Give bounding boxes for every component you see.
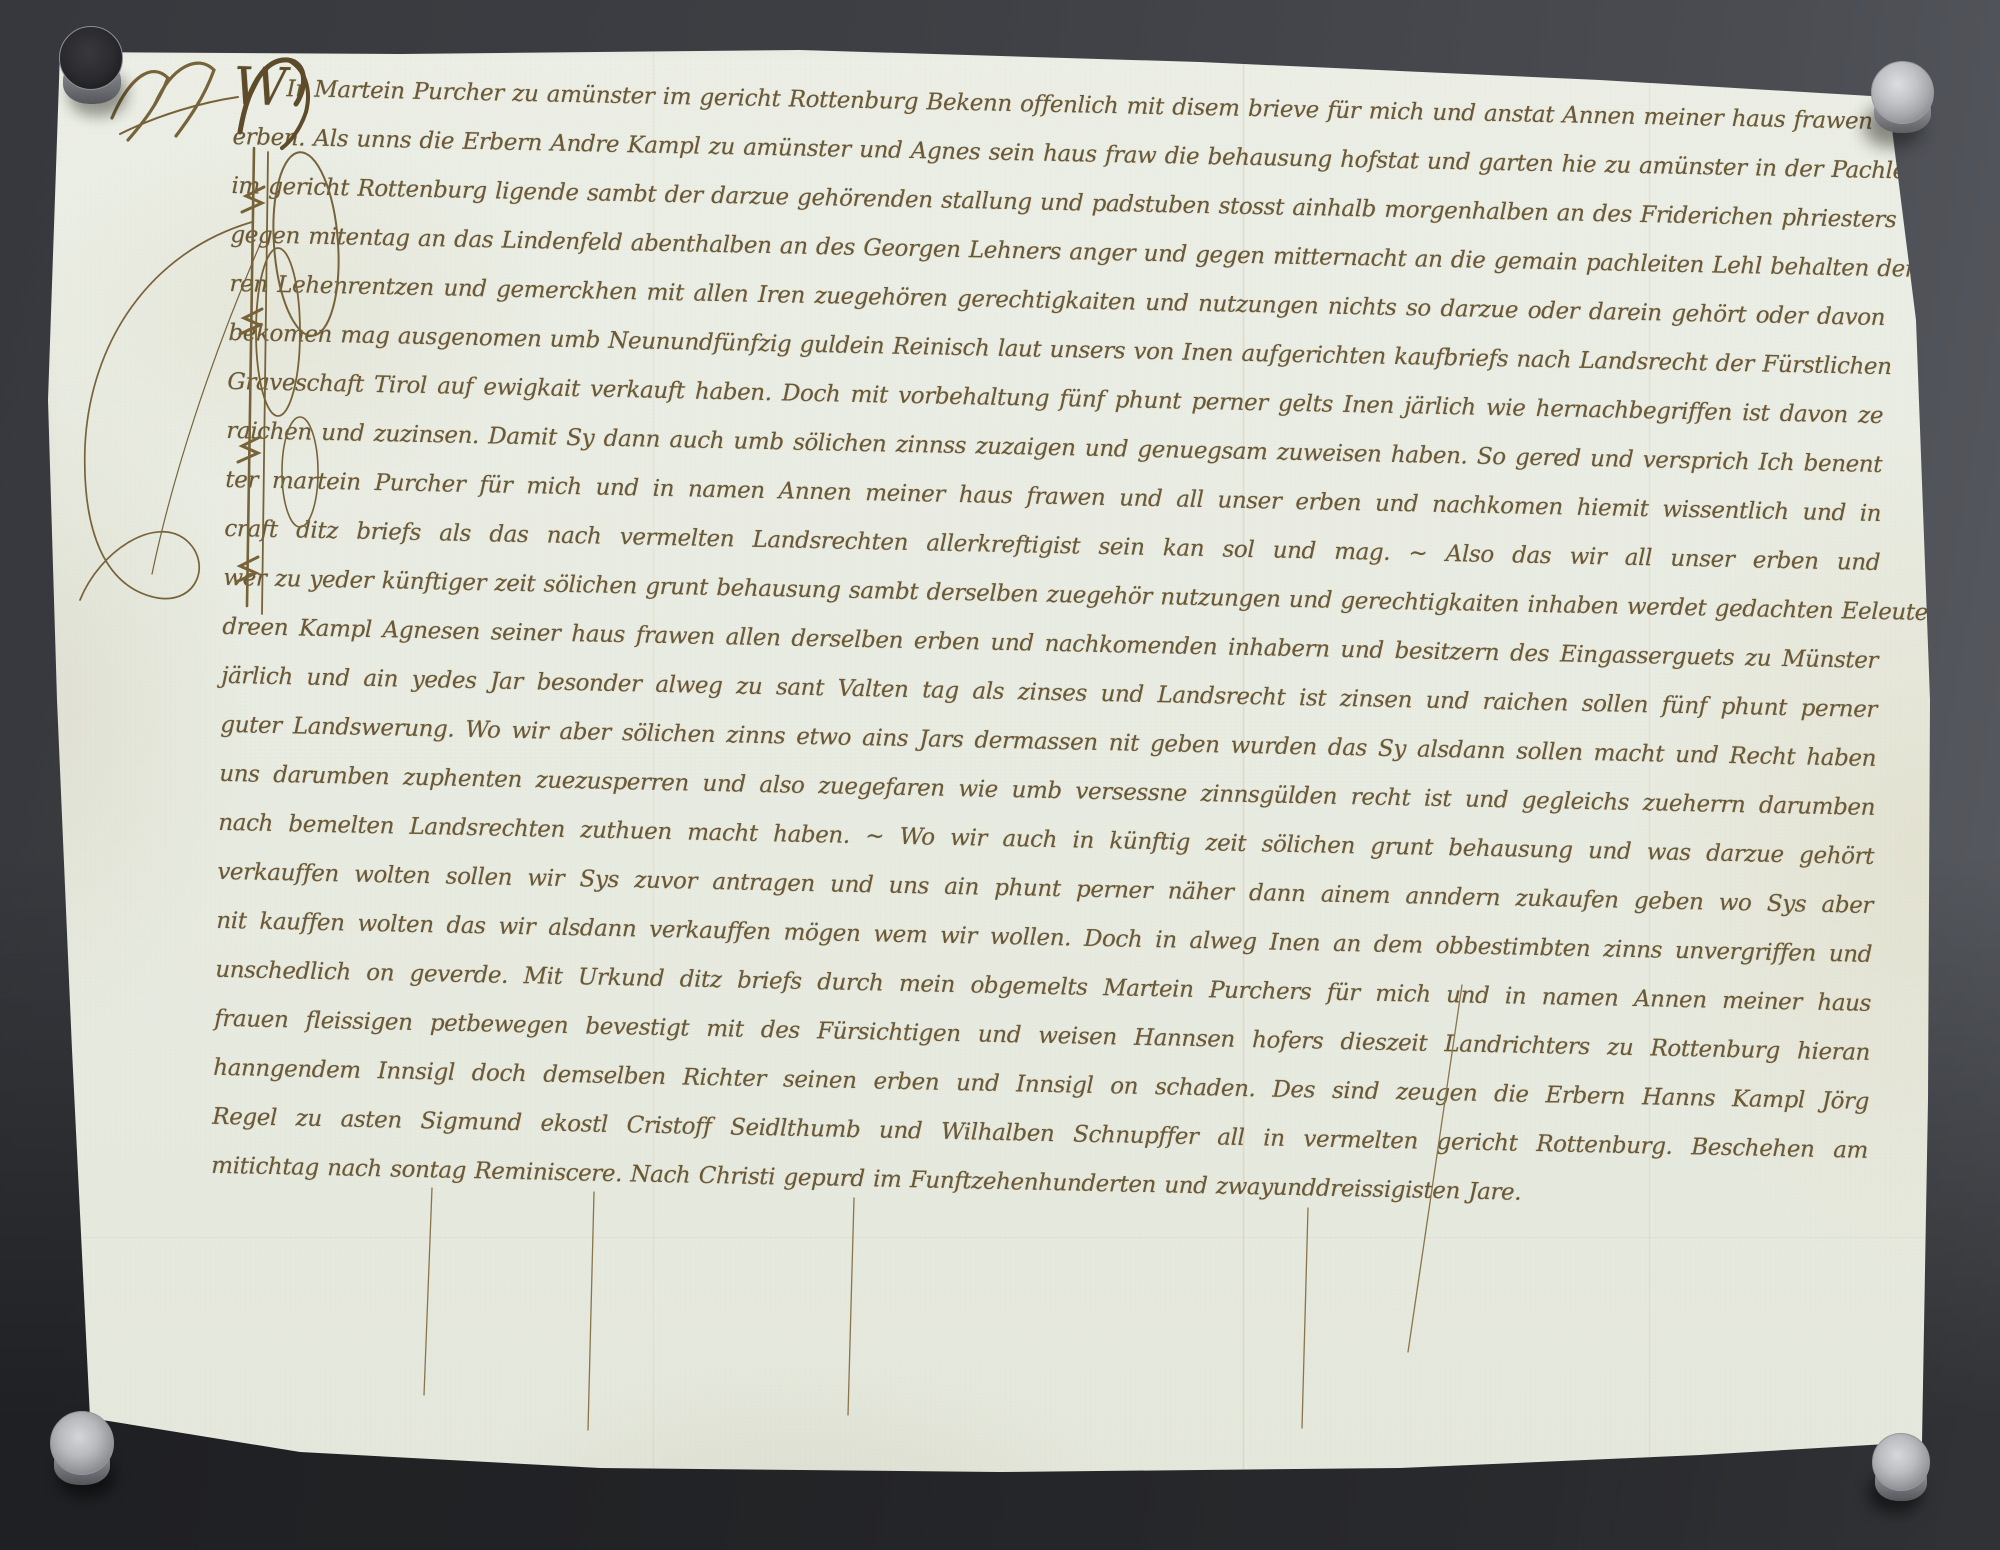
- photo-backdrop: WIr Martein Purcher zu amünster im geric…: [0, 0, 2000, 1550]
- paperweight-face: [1871, 61, 1934, 124]
- paperweight-top-right: [1871, 61, 1934, 124]
- fold-crease-horizontal: [0, 1236, 2000, 1241]
- paperweight-top-left: [59, 26, 123, 90]
- paperweight-bottom-left: [50, 1411, 114, 1475]
- paperweight-face: [59, 26, 123, 90]
- paperweight-face: [50, 1411, 114, 1475]
- parchment-document: WIr Martein Purcher zu amünster im geric…: [0, 0, 2000, 1550]
- paperweight-face: [1872, 1433, 1930, 1491]
- paperweight-bottom-right: [1872, 1433, 1930, 1491]
- manuscript-text: WIr Martein Purcher zu amünster im geric…: [211, 64, 1890, 1225]
